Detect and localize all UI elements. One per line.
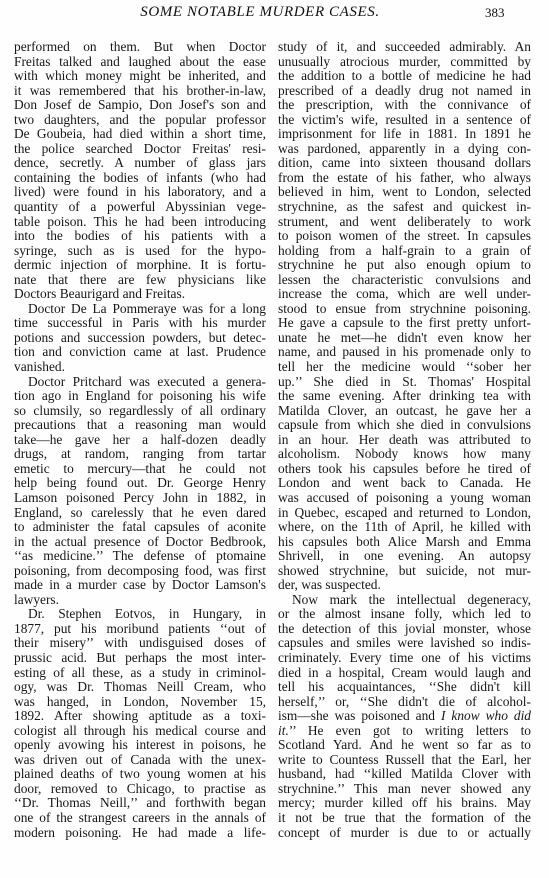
running-header: SOME NOTABLE MURDER CASES. 383 xyxy=(0,4,549,24)
text-line: two daughters, and the popular professor xyxy=(14,113,266,128)
text-line: in an hour. Her death was attributed to xyxy=(278,433,531,448)
text-line: openly avowing his interest in poisons, … xyxy=(14,738,266,753)
text-line: 1877, put his moribund patients ‘‘out of xyxy=(14,622,266,637)
text-line: strychnine, as the safest and quickest i… xyxy=(278,200,531,215)
text-line: showed strychnine, but suicide, not mur- xyxy=(278,564,531,579)
text-line: believed in him, went to London, selecte… xyxy=(278,185,531,200)
left-text-column: performed on them. But when DoctorFreita… xyxy=(14,40,266,840)
text-line: precautions that a reasoning man would xyxy=(14,418,266,433)
text-line: tion and conviction came at last. Pruden… xyxy=(14,345,266,360)
text-line: tion ago in England for poisoning his wi… xyxy=(14,389,266,404)
text-line: dence, secretly. A number of glass jars xyxy=(14,156,266,171)
text-line: Lamson poisoned Percy John in 1882, in xyxy=(14,491,266,506)
text-line: or the almost insane folly, which led to xyxy=(278,607,531,622)
text-line: syringe, such as is used for the hypo- xyxy=(14,244,266,259)
text-line: tell his acquaintances, ‘‘She didn't kil… xyxy=(278,680,531,695)
text-line: up.’’ She died in St. Thomas' Hospital xyxy=(278,375,531,390)
text-line: prussic acid. But perhaps the most inter… xyxy=(14,651,266,666)
text-line: lawyers. xyxy=(14,593,266,608)
text-line: it not be true that the formation of the xyxy=(278,811,531,826)
text-line: containing the bodies of infants (who ha… xyxy=(14,171,266,186)
right-text-column: study of it, and succeeded admirably. An… xyxy=(278,40,531,840)
text-line: performed on them. But when Doctor xyxy=(14,40,266,55)
text-line: one of the strangest careers in the anna… xyxy=(14,811,266,826)
text-line: De Goubeia, had died within a short time… xyxy=(14,127,266,142)
text-line: He gave a capsule to the first pretty un… xyxy=(278,316,531,331)
text-line: ‘‘as medicine.’’ The defense of ptomaine xyxy=(14,549,266,564)
text-line: der, was suspected. xyxy=(278,578,531,593)
text-line: modern poisoning. He had made a life- xyxy=(14,826,266,841)
text-line: their misery’’ with undisguised doses of xyxy=(14,636,266,651)
text-line: holding from a half-grain to a grain of xyxy=(278,244,531,259)
text-line: in the actual presence of Doctor Bedbroo… xyxy=(14,535,266,550)
text-line: strychnine.’’ This man never showed any xyxy=(278,782,531,797)
text-line: 1892. After showing aptitude as a toxi- xyxy=(14,709,266,724)
text-line: emetic to mercury—that he could not xyxy=(14,462,266,477)
text-line: esting of all these, as a study in crimi… xyxy=(14,666,266,681)
text-line: it was remembered that his brother-in-la… xyxy=(14,84,266,99)
text-line: capsule from which she died in convulsio… xyxy=(278,418,531,433)
text-line: Doctors Beaurigard and Freitas. xyxy=(14,287,266,302)
text-line: quantity of a powerful Abyssinian vege- xyxy=(14,200,266,215)
text-line: in Quebec, escaped and returned to Londo… xyxy=(278,506,531,521)
text-line: alcoholism. Nobody knows how many xyxy=(278,447,531,462)
text-line: potions and succession powders, but dete… xyxy=(14,331,266,346)
text-line: the prescription, with the connivance of xyxy=(278,98,531,113)
text-line: London and went back to Canada. He xyxy=(278,476,531,491)
text-line: made in a murder case by Doctor Lamson's xyxy=(14,578,266,593)
text-line: nate that there are few physicians like xyxy=(14,273,266,288)
text-line: poisoning, from decomposing food, was fi… xyxy=(14,564,266,579)
text-line: Doctor Pritchard was executed a genera- xyxy=(14,375,266,390)
text-line: mercy; murder killed off his brains. May xyxy=(278,796,531,811)
text-line: imprisonment for life in 1881. In 1891 h… xyxy=(278,127,531,142)
text-line: dermic injection of morphine. It is fort… xyxy=(14,258,266,273)
text-line: door, removed to Chicago, to practise as xyxy=(14,782,266,797)
text-line: capsules and smiles were lavished so ind… xyxy=(278,636,531,651)
text-span: ’’ He even got to writing letters to xyxy=(289,723,531,738)
text-line: help being found out. Dr. George Henry xyxy=(14,476,266,491)
text-line: to poison women of the street. In capsul… xyxy=(278,229,531,244)
text-line: Dr. Stephen Eotvos, in Hungary, in xyxy=(14,607,266,622)
document-page: SOME NOTABLE MURDER CASES. 383 performed… xyxy=(0,0,549,878)
text-line: herself,’’ or, ‘‘She didn't die of alcoh… xyxy=(278,695,531,710)
page-number: 383 xyxy=(485,5,505,21)
text-line: name, and paused in his promenade only t… xyxy=(278,345,531,360)
text-line: plained deaths of two young women at his xyxy=(14,767,266,782)
text-line: ism—she was poisoned and I know who did xyxy=(278,709,531,724)
text-line: to administer the fatal capsules of acon… xyxy=(14,520,266,535)
text-line: into the bodies of his patients with a xyxy=(14,229,266,244)
text-line: from the estate of his father, who alway… xyxy=(278,171,531,186)
text-line: criminately. Every time one of his victi… xyxy=(278,651,531,666)
text-line: ogy, was Dr. Thomas Neill Cream, who xyxy=(14,680,266,695)
text-line: Don Josef de Sampio, Don Josef's son and xyxy=(14,98,266,113)
text-line: was hanged, in London, November 15, xyxy=(14,695,266,710)
text-line: the same evening. After drinking tea wit… xyxy=(278,389,531,404)
text-line: was driven out of Canada with the unex- xyxy=(14,753,266,768)
text-line: husband, had ‘‘killed Matilda Clover wit… xyxy=(278,767,531,782)
text-line: table poison. This he had been introduci… xyxy=(14,215,266,230)
text-line: concept of murder is due to or actually xyxy=(278,826,531,841)
text-line: it.’’ He even got to writing letters to xyxy=(278,724,531,739)
text-line: died in a hospital, Cream would laugh an… xyxy=(278,666,531,681)
text-line: prescribed of a deadly drug not named in xyxy=(278,84,531,99)
text-line: unate he met—he didn't even know her xyxy=(278,331,531,346)
text-line: the police searched Doctor Freitas' resi… xyxy=(14,142,266,157)
text-line: tell her the medicine would ‘‘sober her xyxy=(278,360,531,375)
text-line: Now mark the intellectual degeneracy, xyxy=(278,593,531,608)
text-line: Shrivell, in one evening. An autopsy xyxy=(278,549,531,564)
text-line: time successful in Paris with his murder xyxy=(14,316,266,331)
italic-text: I know who did xyxy=(441,708,531,723)
text-span: ism—she was poisoned and xyxy=(278,708,441,723)
text-line: increase the coma, which are well under- xyxy=(278,287,531,302)
text-line: unusually atrocious murder, committed by xyxy=(278,55,531,70)
text-line: cologist all through his medical course … xyxy=(14,724,266,739)
text-line: Matilda Clover, an outcast, he gave her … xyxy=(278,404,531,419)
text-line: stood to ensue from strychnine poisoning… xyxy=(278,302,531,317)
text-line: his capsules both Alice Marsh and Emma xyxy=(278,535,531,550)
text-line: was accused of poisoning a young woman xyxy=(278,491,531,506)
text-line: dition, came into sixteen thousand dolla… xyxy=(278,156,531,171)
text-line: with which money might be inherited, and xyxy=(14,69,266,84)
text-line: was pardoned, apparently in a dying con- xyxy=(278,142,531,157)
text-line: the detection of this jovial monster, wh… xyxy=(278,622,531,637)
text-line: study of it, and succeeded admirably. An xyxy=(278,40,531,55)
text-line: Doctor De La Pommeraye was for a long xyxy=(14,302,266,317)
text-line: England, so carelessly that he even dare… xyxy=(14,506,266,521)
italic-text: it. xyxy=(278,723,289,738)
text-line: Freitas talked and laughed about the eas… xyxy=(14,55,266,70)
text-line: vanished. xyxy=(14,360,266,375)
text-line: take—he gave her a half-dozen deadly xyxy=(14,433,266,448)
text-line: drugs, at random, ranging from tartar xyxy=(14,447,266,462)
text-line: Scotland Yard. And he went so far as to xyxy=(278,738,531,753)
text-line: the addition to a bottle of medicine he … xyxy=(278,69,531,84)
running-title: SOME NOTABLE MURDER CASES. xyxy=(130,4,390,21)
text-line: lessen the characteristic convulsions an… xyxy=(278,273,531,288)
text-line: so clumsily, so regardlessly of all ordi… xyxy=(14,404,266,419)
text-line: where, on the 11th of April, he killed w… xyxy=(278,520,531,535)
text-line: lived) were found in his laboratory, and… xyxy=(14,185,266,200)
text-line: the victim's wife, resulted in a sentenc… xyxy=(278,113,531,128)
text-line: ‘‘Dr. Thomas Neill,’’ and forthwith bega… xyxy=(14,796,266,811)
text-line: others took his capsules before he tired… xyxy=(278,462,531,477)
text-line: strument, and went deliberately to work xyxy=(278,215,531,230)
text-line: strychnine he put also enough opium to xyxy=(278,258,531,273)
text-line: write to Countess Russell that the Earl,… xyxy=(278,753,531,768)
